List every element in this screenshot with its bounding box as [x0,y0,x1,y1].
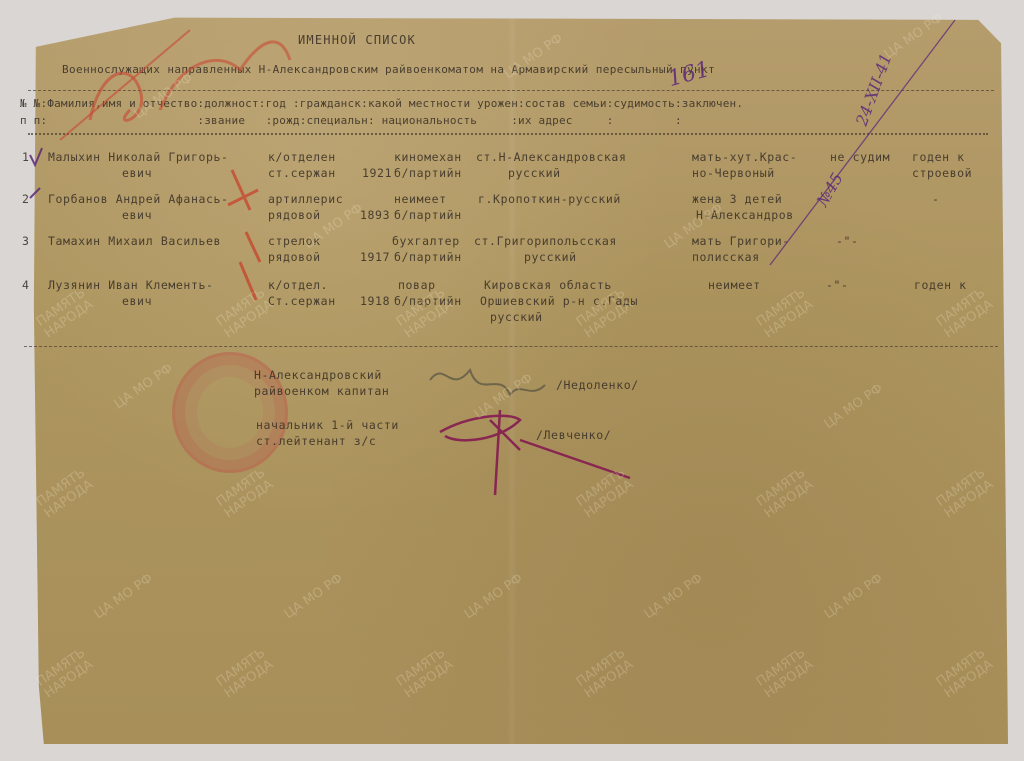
row-origin: ст.Н-Александровская [476,152,626,164]
row-rank: рядовой [268,210,321,222]
row-rank: рядовой [268,252,321,264]
row-conclusion: - [932,194,940,206]
document-title: ИМЕННОЙ СПИСОК [298,34,416,46]
divider-header [28,133,988,135]
row-specialty: неимеет [394,194,447,206]
row-address: Н-Александров [696,210,794,222]
divider-bottom [24,346,998,347]
row-name: Тамахин Михаил Васильев [48,236,221,248]
signature-name-1: /Недоленко/ [556,380,639,392]
row-party: б/партийн [394,168,462,180]
row-position: стрелок [268,236,321,248]
row-number: 2 [22,194,30,206]
row-party: б/партийн [394,296,462,308]
row-origin: г.Кропоткин-русский [478,194,621,206]
row-nationality: русский [508,168,561,180]
divider-top [28,90,994,91]
signature-title-1: райвоенком капитан [254,386,389,398]
table-header-row1: № №:Фамилия,имя и отчество:должност:год … [20,98,743,109]
row-nationality: русский [524,252,577,264]
signature-name-2: /Левченко/ [536,430,611,442]
row-name: Малыхин Николай Григорь- [48,152,229,164]
row-number: 3 [22,236,30,248]
row-name-cont: евич [122,168,152,180]
document-subtitle: Военнослужащих направленных Н-Александро… [62,64,715,75]
row-nationality: русский [490,312,543,324]
row-rank: Ст.сержан [268,296,336,308]
row-conviction: -"- [826,280,849,292]
row-party: б/партийн [394,210,462,222]
signature-rank-2: ст.лейтенант з/с [256,436,376,448]
row-rank: ст.сержан [268,168,336,180]
row-family: жена 3 детей [692,194,782,206]
row-specialty: киномехан [394,152,462,164]
row-specialty: повар [398,280,436,292]
row-specialty: бухгалтер [392,236,460,248]
row-name-cont: евич [122,210,152,222]
row-name-cont: евич [122,296,152,308]
signature-org: Н-Александровский [254,370,382,382]
row-name: Лузянин Иван Клементь- [48,280,214,292]
signature-title-2: начальник 1-й части [256,420,399,432]
row-year: 1917 [360,252,390,264]
row-year: 1893 [360,210,390,222]
row-party: б/партийн [394,252,462,264]
row-number: 1 [22,152,30,164]
row-origin-district: Оршиевский р-н с.Гады [480,296,638,308]
row-conviction: -"- [836,236,859,248]
row-year: 1921 [362,168,392,180]
row-address: полисская [692,252,760,264]
row-family: мать Григори- [692,236,790,248]
row-address: но-Червоный [692,168,775,180]
row-position: к/отдел. [268,280,328,292]
row-family: мать-хут.Крас- [692,152,797,164]
row-number: 4 [22,280,30,292]
table-header-row2: п п: :звание :рожд:специальн: национальн… [20,115,682,126]
row-conviction: не судим [830,152,890,164]
row-name: Горбанов Андрей Афанась- [48,194,229,206]
row-year: 1918 [360,296,390,308]
row-conclusion: годен к [912,152,965,164]
row-origin: Кировская область [484,280,612,292]
row-origin: ст.Григорипольсская [474,236,617,248]
row-position: к/отделен [268,152,336,164]
row-conclusion-cont: строевой [912,168,972,180]
row-family: неимеет [708,280,761,292]
row-conclusion: годен к [914,280,967,292]
row-position: артиллерис [268,194,343,206]
